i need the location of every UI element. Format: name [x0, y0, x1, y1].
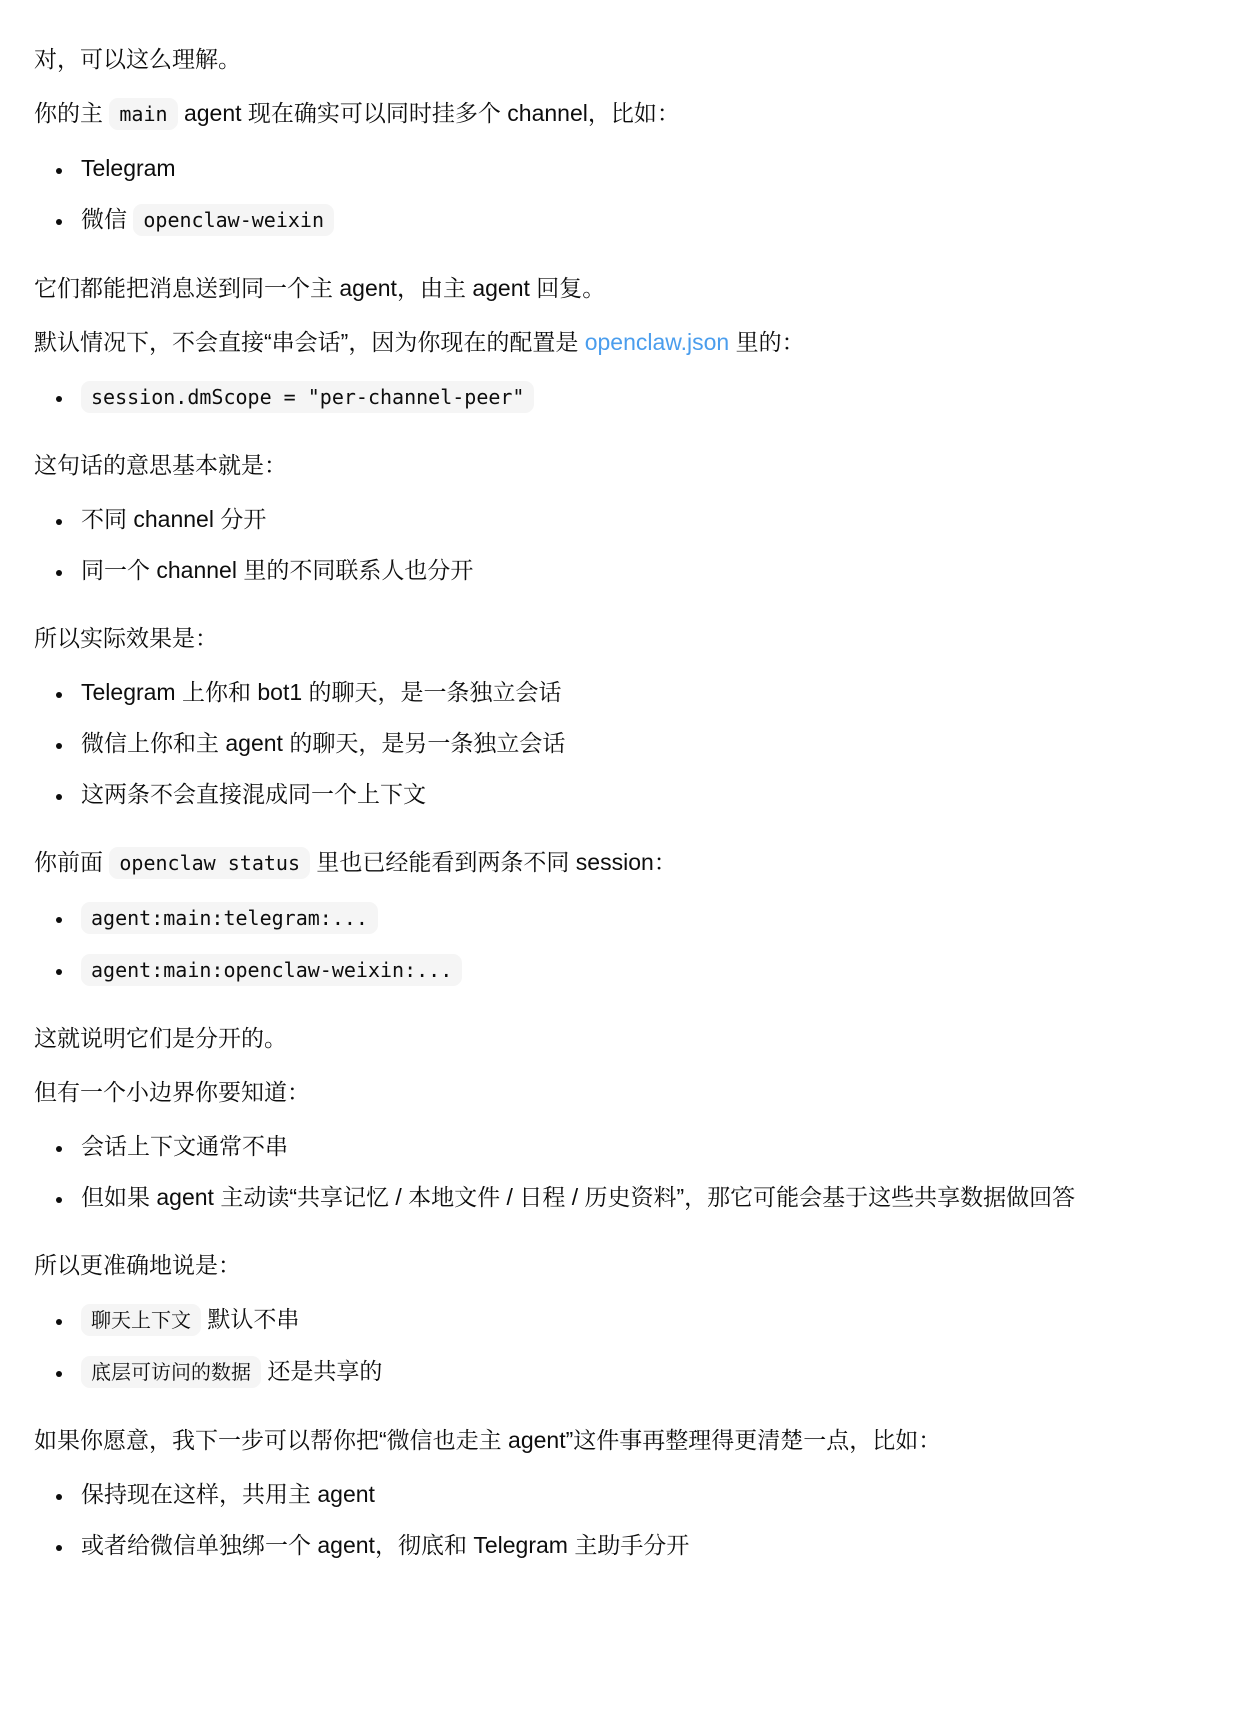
- list-item: 会话上下文通常不串: [74, 1129, 1214, 1163]
- paragraph-precise: 所以更准确地说是：: [34, 1248, 1214, 1282]
- paragraph-text: 里的：: [729, 329, 804, 355]
- paragraph-meaning: 这句话的意思基本就是：: [34, 448, 1214, 482]
- list-item-session-weixin: agent:main:openclaw-weixin:...: [74, 952, 1214, 987]
- list-item: 微信上你和主 agent 的聊天，是另一条独立会话: [74, 726, 1214, 760]
- list-item-text: 微信上你和主 agent 的聊天，是另一条独立会话: [81, 730, 565, 756]
- inline-code-chat-context: 聊天上下文: [81, 1304, 201, 1336]
- list-item-dmscope: session.dmScope = "per-channel-peer": [74, 379, 1214, 414]
- meaning-list: 不同 channel 分开 同一个 channel 里的不同联系人也分开: [34, 502, 1214, 587]
- inline-code-session-weixin: agent:main:openclaw-weixin:...: [81, 954, 462, 986]
- list-item: Telegram 上你和 bot1 的聊天，是一条独立会话: [74, 675, 1214, 709]
- list-item: 但如果 agent 主动读“共享记忆 / 本地文件 / 日程 / 历史资料”，那…: [74, 1180, 1214, 1214]
- list-item-text: 还是共享的: [261, 1358, 382, 1384]
- inline-code-openclaw-weixin: openclaw-weixin: [133, 204, 334, 236]
- options-list: 保持现在这样，共用主 agent 或者给微信单独绑一个 agent，彻底和 Te…: [34, 1477, 1214, 1562]
- list-item-underlying-data: 底层可访问的数据 还是共享的: [74, 1354, 1214, 1389]
- precise-list: 聊天上下文 默认不串 底层可访问的数据 还是共享的: [34, 1302, 1214, 1389]
- list-item-text: 但如果 agent 主动读“共享记忆 / 本地文件 / 日程 / 历史资料”，那…: [81, 1184, 1075, 1210]
- list-item: 不同 channel 分开: [74, 502, 1214, 536]
- paragraph-status: 你前面 openclaw status 里也已经能看到两条不同 session：: [34, 845, 1214, 880]
- paragraph-same-agent: 它们都能把消息送到同一个主 agent，由主 agent 回复。: [34, 271, 1214, 305]
- effect-list: Telegram 上你和 bot1 的聊天，是一条独立会话 微信上你和主 age…: [34, 675, 1214, 811]
- inline-code-dmscope: session.dmScope = "per-channel-peer": [81, 381, 534, 413]
- list-item: 或者给微信单独绑一个 agent，彻底和 Telegram 主助手分开: [74, 1528, 1214, 1562]
- list-item-chat-context: 聊天上下文 默认不串: [74, 1302, 1214, 1337]
- inline-code-openclaw-status: openclaw status: [109, 847, 310, 879]
- session-list: agent:main:telegram:... agent:main:openc…: [34, 900, 1214, 987]
- inline-code-session-telegram: agent:main:telegram:...: [81, 902, 378, 934]
- list-item: 保持现在这样，共用主 agent: [74, 1477, 1214, 1511]
- config-list: session.dmScope = "per-channel-peer": [34, 379, 1214, 414]
- paragraph-text: 你前面: [34, 849, 109, 875]
- paragraph-next-step: 如果你愿意，我下一步可以帮你把“微信也走主 agent”这件事再整理得更清楚一点…: [34, 1423, 1214, 1457]
- assistant-message: 对，可以这么理解。 你的主 main agent 现在确实可以同时挂多个 cha…: [0, 0, 1248, 1656]
- paragraph-boundary: 但有一个小边界你要知道：: [34, 1075, 1214, 1109]
- list-item-text: 微信: [81, 206, 133, 232]
- openclaw-json-link[interactable]: openclaw.json: [585, 329, 730, 355]
- paragraph-text: 你的主: [34, 100, 109, 126]
- paragraph-default-config: 默认情况下，不会直接“串会话”，因为你现在的配置是 openclaw.json …: [34, 325, 1214, 359]
- list-item-text: 默认不串: [201, 1306, 299, 1332]
- paragraph-main-agent: 你的主 main agent 现在确实可以同时挂多个 channel，比如：: [34, 96, 1214, 131]
- paragraph-text: 默认情况下，不会直接“串会话”，因为你现在的配置是: [34, 329, 585, 355]
- channel-list: Telegram 微信 openclaw-weixin: [34, 151, 1214, 237]
- inline-code-underlying-data: 底层可访问的数据: [81, 1356, 261, 1388]
- list-item-text: 这两条不会直接混成同一个上下文: [81, 781, 426, 807]
- paragraph-text: 里也已经能看到两条不同 session：: [310, 849, 677, 875]
- paragraph-effect: 所以实际效果是：: [34, 621, 1214, 655]
- list-item-telegram: Telegram: [74, 151, 1214, 185]
- list-item-text: 同一个 channel 里的不同联系人也分开: [81, 557, 473, 583]
- list-item-session-telegram: agent:main:telegram:...: [74, 900, 1214, 935]
- paragraph-text: agent 现在确实可以同时挂多个 channel，比如：: [178, 100, 680, 126]
- list-item: 这两条不会直接混成同一个上下文: [74, 777, 1214, 811]
- boundary-list: 会话上下文通常不串 但如果 agent 主动读“共享记忆 / 本地文件 / 日程…: [34, 1129, 1214, 1214]
- paragraph-intro: 对，可以这么理解。: [34, 42, 1214, 76]
- list-item-text: Telegram: [81, 155, 176, 181]
- list-item-text: 会话上下文通常不串: [81, 1133, 288, 1159]
- list-item-text: 保持现在这样，共用主 agent: [81, 1481, 375, 1507]
- inline-code-main: main: [109, 98, 177, 130]
- list-item-weixin: 微信 openclaw-weixin: [74, 202, 1214, 237]
- list-item-text: Telegram 上你和 bot1 的聊天，是一条独立会话: [81, 679, 562, 705]
- paragraph-separated: 这就说明它们是分开的。: [34, 1021, 1214, 1055]
- list-item-text: 或者给微信单独绑一个 agent，彻底和 Telegram 主助手分开: [81, 1532, 689, 1558]
- list-item: 同一个 channel 里的不同联系人也分开: [74, 553, 1214, 587]
- list-item-text: 不同 channel 分开: [81, 506, 266, 532]
